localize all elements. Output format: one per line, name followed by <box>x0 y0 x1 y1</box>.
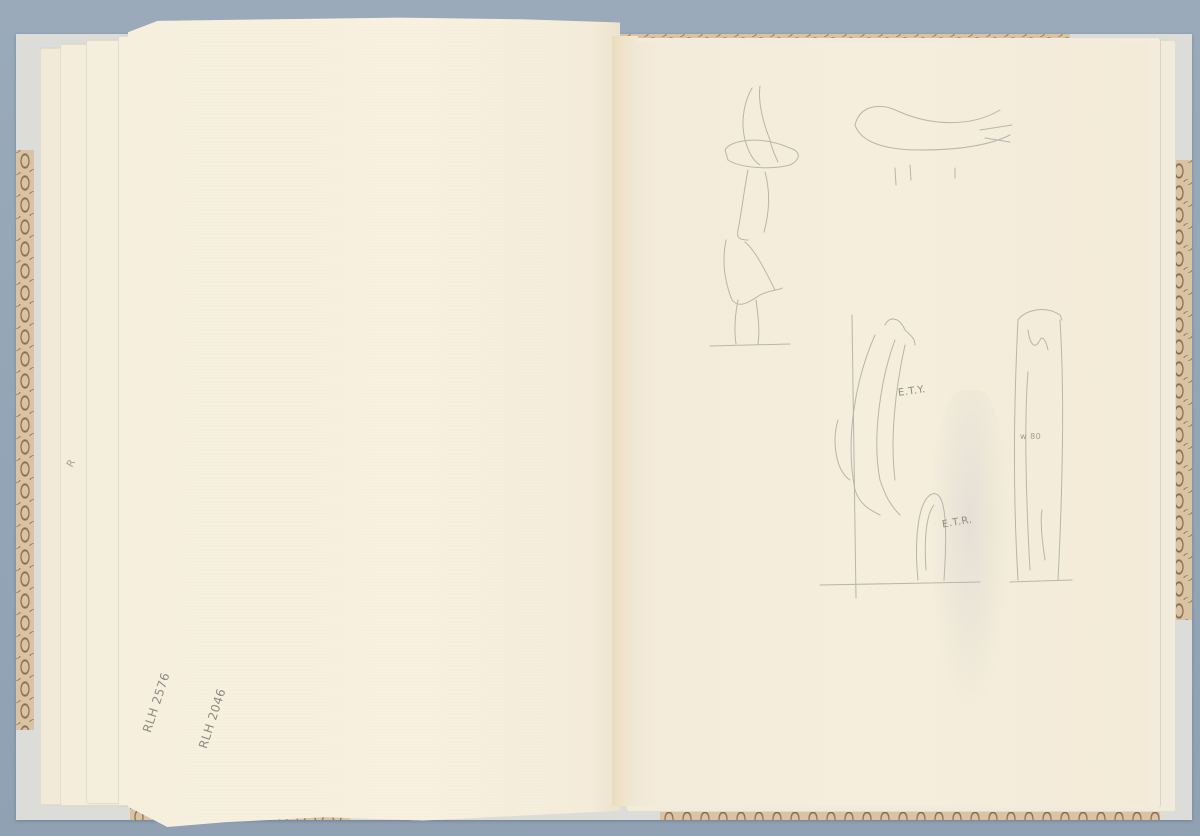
graphite-smudge <box>930 390 1010 720</box>
right-page[interactable] <box>628 42 1148 806</box>
left-page[interactable] <box>128 16 620 827</box>
sketch-label-w80: w 80 <box>1020 432 1041 441</box>
endpaper-pattern-left <box>16 150 34 730</box>
